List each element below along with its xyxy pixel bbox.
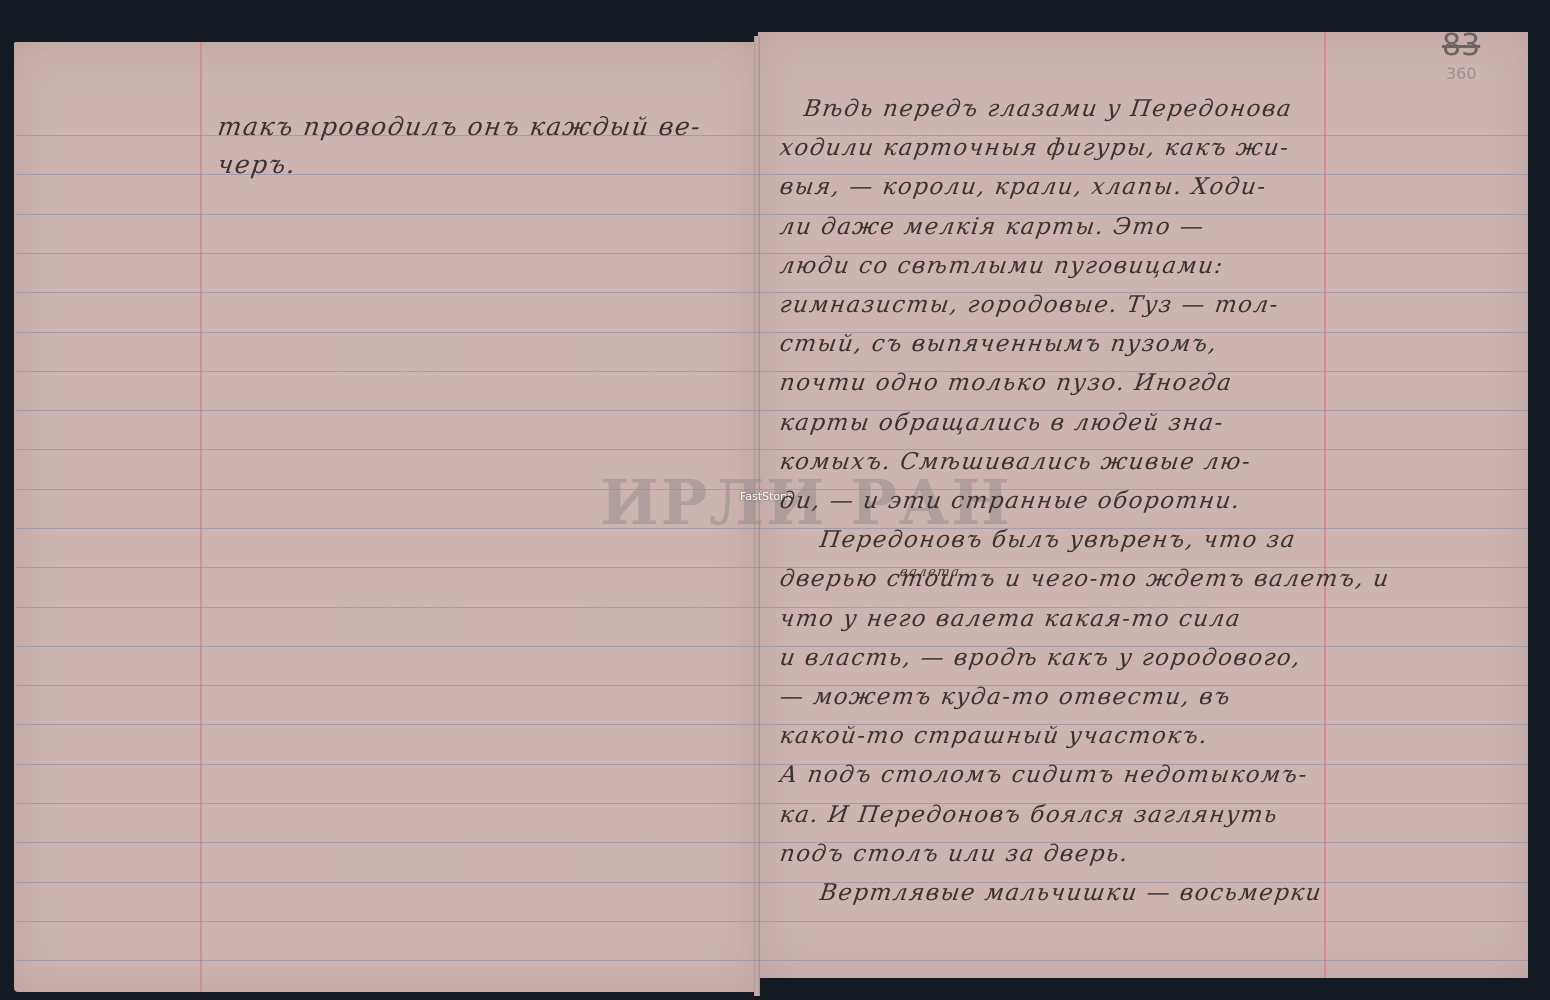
rule-line [16, 685, 1528, 686]
right-line-2: ходили карточныя фигуры, какъ жи- [778, 135, 1291, 161]
right-line-7: стый, съ выпяченнымъ пузомъ, [778, 331, 1219, 357]
watermark-irli: ИРЛИ [335, 840, 465, 886]
left-margin-line [200, 42, 202, 992]
rule-line [16, 921, 1528, 922]
right-line-13: дверью стоитъ и чего-то ждетъ валетъ, и [778, 566, 1391, 592]
watermark-irli: ИРЛИ [585, 840, 715, 886]
right-line-20: подъ столъ или за дверь. [778, 841, 1131, 867]
right-line-9: карты обращались в людей зна- [778, 410, 1225, 436]
right-line-8: почти одно только пузо. Иногда [778, 370, 1234, 396]
right-line-6: гимназисты, городовые. Туз — тол- [778, 292, 1281, 318]
rule-line [16, 960, 1528, 961]
right-line-1: Вѣдь передъ глазами у Передонова [802, 96, 1294, 122]
rule-line [16, 607, 1528, 608]
right-line-16: — можетъ куда-то отвести, въ [778, 684, 1233, 710]
right-line-18: А подъ столомъ сидитъ недотыкомъ- [778, 762, 1310, 788]
watermark-irli: ИРЛИ [585, 340, 715, 386]
watermark-irli: ИРЛИ [335, 590, 465, 636]
folio-secondary-number: 360 [1446, 64, 1477, 83]
rule-line [16, 449, 1528, 450]
rule-line [16, 332, 1528, 333]
right-line-11: ди, — и эти странные оборотни. [778, 488, 1242, 514]
right-line-4: ли даже мелкія карты. Это — [778, 214, 1206, 240]
right-line-10: комыхъ. Смѣшивались живые лю- [778, 449, 1253, 475]
right-line-14: что у него валета какая-то сила [778, 606, 1243, 632]
rule-line [16, 253, 1528, 254]
rule-line [16, 214, 1528, 215]
rule-line [16, 292, 1528, 293]
left-line-1: такъ проводилъ онъ каждый ве- [216, 112, 703, 141]
watermark-irli: ИРЛИ [585, 590, 715, 636]
interlinear-insertion: валета [899, 565, 961, 580]
rule-line [16, 842, 1528, 843]
right-line-5: люди со свѣтлыми пуговицами: [778, 253, 1225, 279]
folio-number: 83 [1442, 28, 1480, 63]
right-line-19: ка. И Передоновъ боялся заглянуть [778, 802, 1280, 828]
rule-line [16, 371, 1528, 372]
watermark-irli: ИРЛИ [335, 340, 465, 386]
rule-line [16, 803, 1528, 804]
right-line-15: и власть, — вродѣ какъ у городового, [778, 645, 1303, 671]
right-line-12: Передоновъ былъ увѣренъ, что за [818, 527, 1298, 553]
left-line-2: черъ. [216, 150, 299, 179]
right-line-21: Вертлявые мальчишки — восьмерки [818, 880, 1324, 906]
rule-line [16, 724, 1528, 725]
right-line-3: выя, — короли, крали, хлапы. Ходи- [778, 174, 1268, 200]
right-line-17: какой-то страшный участокъ. [778, 723, 1210, 749]
rule-line [16, 410, 1528, 411]
